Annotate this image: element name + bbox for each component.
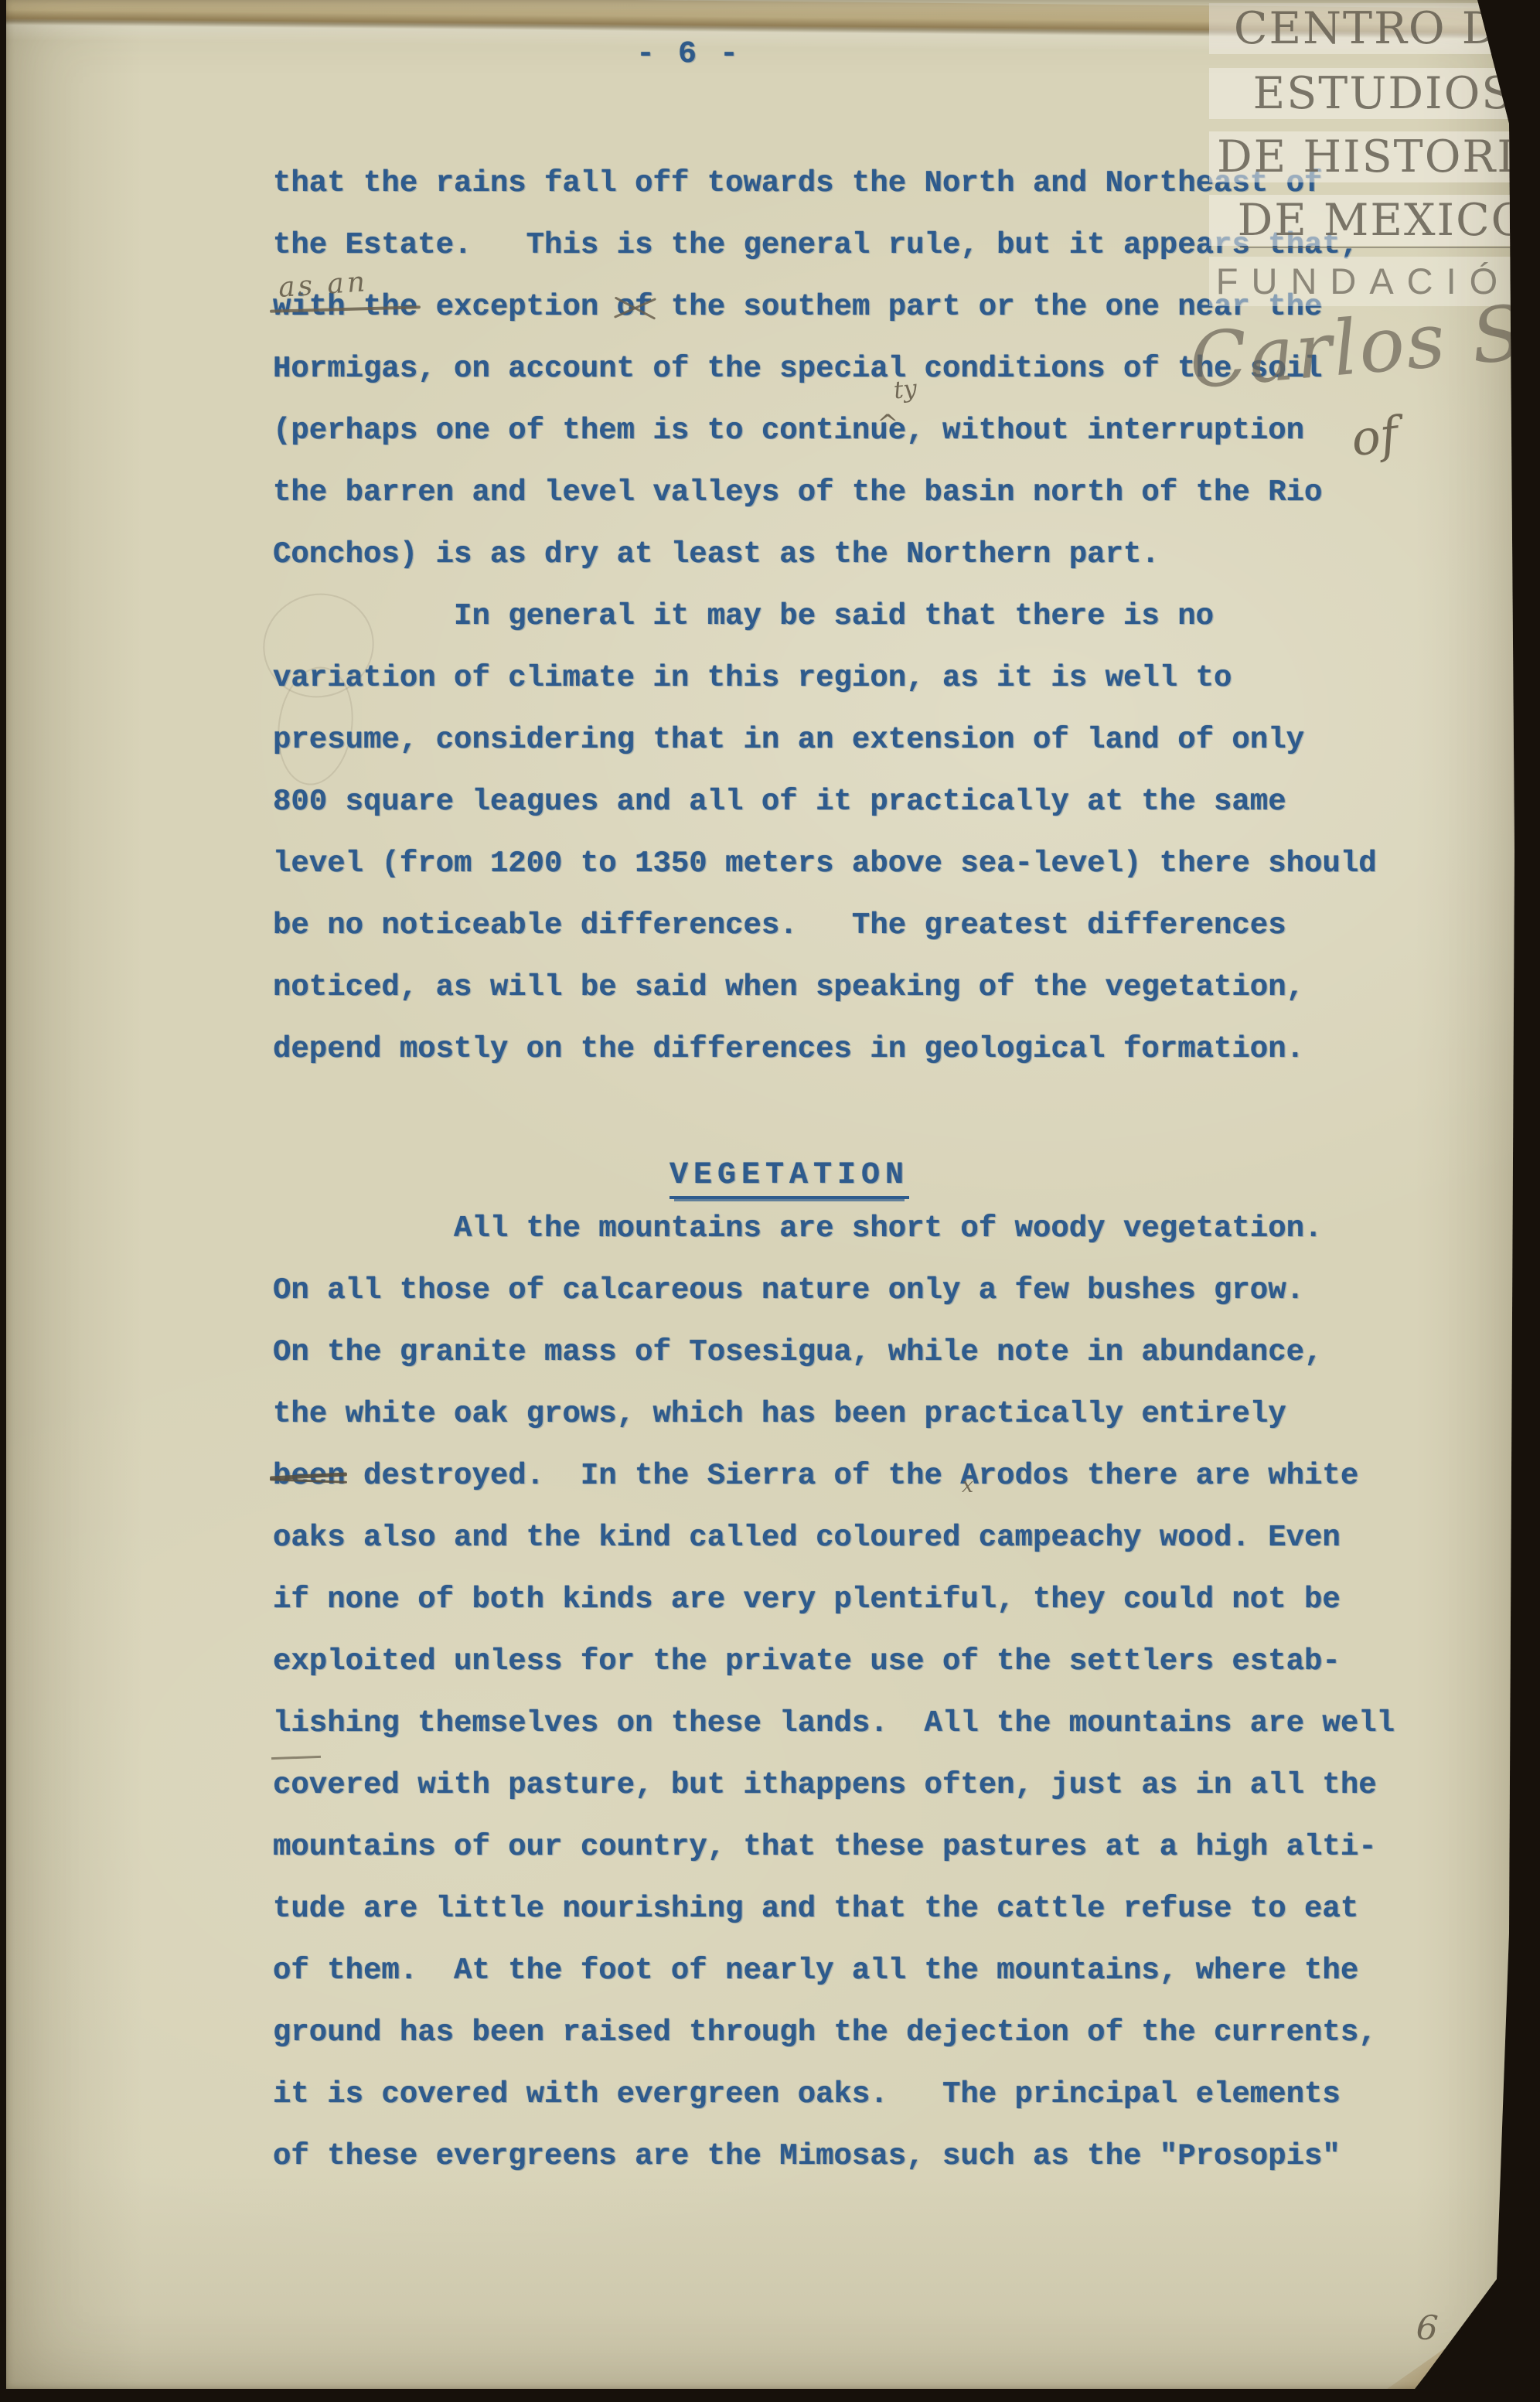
typed-line: exploited unless for the private use of … [273, 1642, 1395, 1704]
handwritten-insertion-ty: ty [892, 375, 918, 405]
typed-line: On the granite mass of Tosesigua, while … [273, 1333, 1395, 1395]
fold-crease [0, 0, 1540, 55]
insertion-caret-mark: ^ [877, 410, 899, 438]
typed-line: of them. At the foot of nearly all the m… [273, 1951, 1395, 2013]
handwritten-page-number: 6 [1415, 2308, 1439, 2349]
typed-line: if none of both kinds are very plentiful… [273, 1580, 1395, 1642]
section-heading-vegetation: VEGETATION [669, 1158, 909, 1199]
typed-line: tude are little nourishing and that the … [273, 1889, 1395, 1951]
typed-line: On all those of calcareous nature only a… [273, 1271, 1395, 1333]
typed-line: ground has been raised through the dejec… [273, 2013, 1395, 2075]
typed-line: of these evergreens are the Mimosas, suc… [273, 2137, 1395, 2199]
typed-line: presume, considering that in an extensio… [273, 721, 1377, 782]
paragraph-block-vegetation: All the mountains are short of woody veg… [273, 1209, 1395, 2199]
typed-line: All the mountains are short of woody veg… [273, 1209, 1395, 1271]
typed-line: covered with pasture, but ithappens ofte… [273, 1766, 1395, 1828]
typed-line: Hormigas, on account of the special cond… [273, 349, 1377, 411]
typed-line: been destroyed. In the Sierra of the Aro… [273, 1457, 1395, 1518]
typed-line: lishing themselves on these lands. All t… [273, 1704, 1395, 1766]
scan-background: - 6 - that the rains fall off towards th… [0, 0, 1540, 2402]
typed-line: the Estate. This is the general rule, bu… [273, 226, 1377, 288]
typed-line: variation of climate in this region, as … [273, 659, 1377, 721]
typed-line: with the exception of the southem part o… [273, 288, 1377, 349]
typed-line: Conchos) is as dry at least as the North… [273, 535, 1377, 597]
typed-line: that the rains fall off towards the Nort… [273, 164, 1377, 226]
handwritten-mark-above-arodos: x [962, 1474, 973, 1497]
corner-stain [1384, 2295, 1521, 2391]
typed-line: the white oak grows, which has been prac… [273, 1395, 1395, 1457]
paragraph-block-climate: that the rains fall off towards the Nort… [273, 164, 1377, 1092]
typed-line: oaks also and the kind called coloured c… [273, 1518, 1395, 1580]
watermark-line: ESTUDIOS [1209, 68, 1540, 119]
typed-line: (perhaps one of them is to continue, wit… [273, 411, 1377, 473]
typed-line: it is covered with evergreen oaks. The p… [273, 2075, 1395, 2137]
typed-line: level (from 1200 to 1350 meters above se… [273, 844, 1377, 906]
typed-line: noticed, as will be said when speaking o… [273, 968, 1377, 1030]
typed-line: be no noticeable differences. The greate… [273, 906, 1377, 968]
handwritten-correction-as-an: as an [278, 266, 370, 304]
typed-line: mountains of our country, that these pas… [273, 1828, 1395, 1889]
typed-line: depend mostly on the differences in geol… [273, 1030, 1377, 1092]
page-number-header: - 6 - [636, 37, 741, 72]
document-page: - 6 - that the rains fall off towards th… [6, 0, 1521, 2389]
typed-line: 800 square leagues and all of it practic… [273, 782, 1377, 844]
typed-line: the barren and level valleys of the basi… [273, 473, 1377, 535]
handwritten-word-of: of [1348, 406, 1402, 468]
typed-line: In general it may be said that there is … [273, 597, 1377, 659]
